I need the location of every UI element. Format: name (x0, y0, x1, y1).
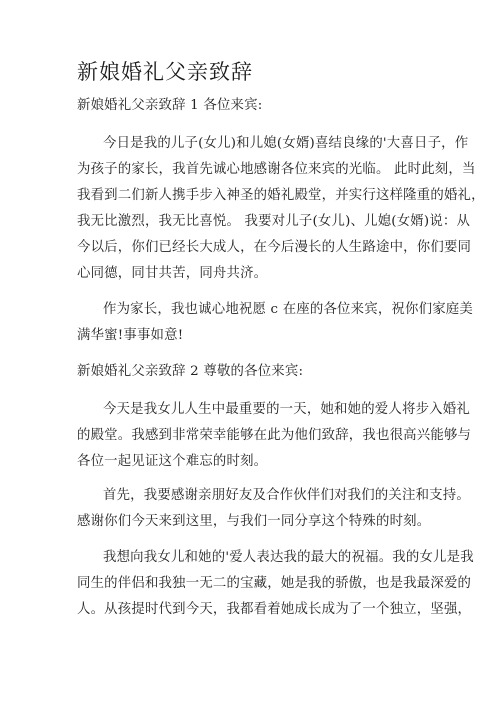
paragraph-line: 作为家长，我也诚心地祝愿 c 在座的各位来宾，祝你们家庭美 (103, 301, 473, 319)
paragraph-line: 今天是我女儿人生中最重要的一天，她和她的爱人将步入婚礼 (103, 401, 470, 419)
paragraph-line: 我无比激烈，我无比喜悦。 我要对儿子(女儿)、儿媳(女婿)说：从 (77, 213, 470, 231)
paragraph-line: 人。从孩提时代到今天，我都看着她成长成为了一个独立，坚强， (77, 601, 471, 619)
paragraph-line: 各位一起见证这个难忘的时刻。 (77, 453, 267, 471)
document-title: 新娘婚礼父亲致辞 (77, 58, 253, 86)
paragraph-line: 今以后，你们已经长大成人，在今后漫长的人生路途中，你们要同 (77, 239, 471, 257)
paragraph-line: 同生的伴侣和我独一无二的宝藏，她是我的骄傲，也是我最深爱的 (77, 575, 471, 593)
paragraph-line: 为孩子的家长，我首先诚心地感谢各位来宾的光临。 此时此刻，当 (77, 161, 476, 179)
section-heading-1: 新娘婚礼父亲致辞 1 各位来宾: (77, 97, 262, 115)
paragraph-line: 的殿堂。我感到非常荣幸能够在此为他们致辞，我也很高兴能够与 (77, 427, 471, 445)
paragraph-line: 感谢你们今天来到这里，与我们一同分享这个特殊的时刻。 (77, 513, 430, 531)
section-heading-2: 新娘婚礼父亲致辞 2 尊敬的各位来宾: (77, 363, 303, 381)
paragraph-line: 心同德，同甘共苦，同舟共济。 (77, 265, 267, 283)
paragraph-line: 首先，我要感谢亲朋好友及合作伙伴们对我们的关注和支持。 (103, 487, 470, 505)
paragraph-line: 我看到二们新人携手步入神圣的婚礼殿堂，并实行这样隆重的婚礼， (77, 187, 485, 205)
paragraph-line: 今日是我的儿子(女儿)和儿媳(女婿)喜结良缘的'大喜日子，作 (103, 135, 468, 153)
paragraph-line: 满华蜜!事事如意! (77, 327, 183, 345)
paragraph-line: 我想向我女儿和她的'爱人表达我的最大的祝福。我的女儿是我 (103, 549, 474, 567)
